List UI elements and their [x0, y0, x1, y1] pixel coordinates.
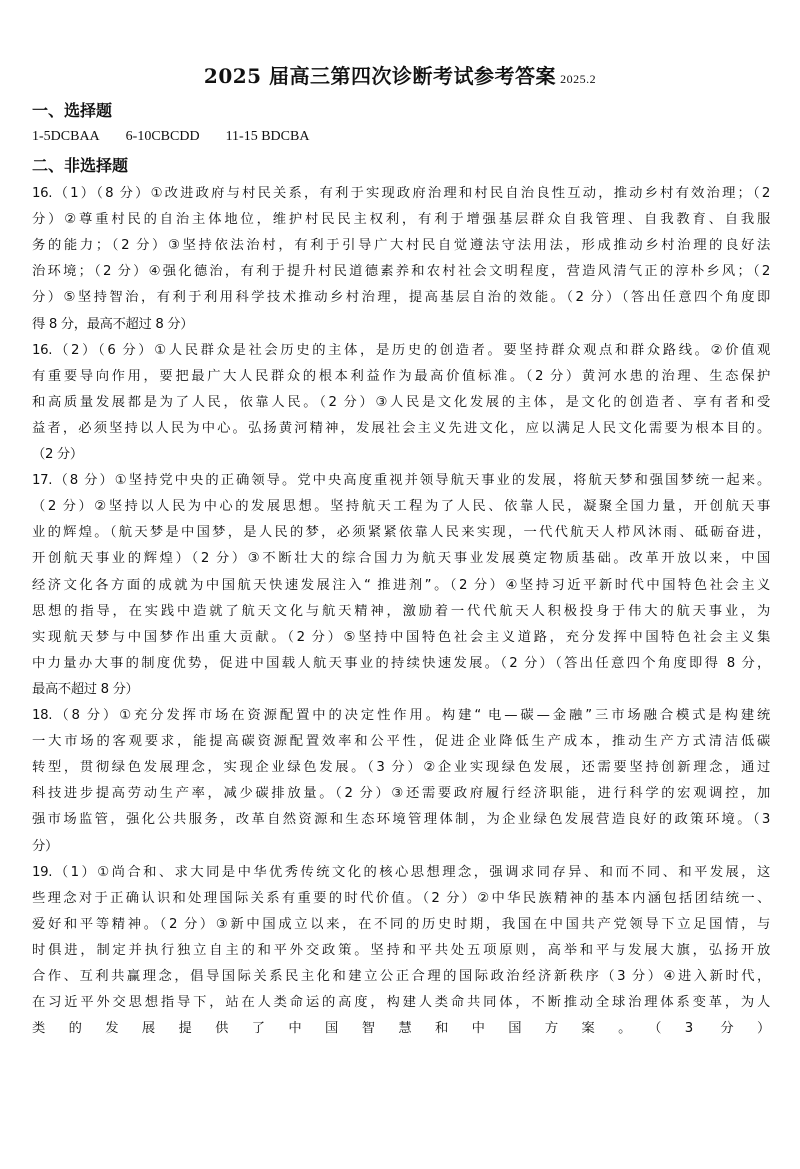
answer-line: 分） [32, 834, 770, 860]
answer-line: 些理念对于正确认识和处理国际关系有重要的时代价值。（2 分）②中华民族精神的基本… [32, 886, 770, 912]
answers-11-15: 11-15 BDCBA [226, 129, 310, 144]
choice-answers: 1-5DCBAA6-10CBCDD11-15 BDCBA [32, 129, 335, 145]
answer-line: 最高不超过 8 分） [32, 677, 770, 703]
answer-line: 在习近平外交思想指导下，站在人类命运的高度，构建人类命共同体，不断推动全球治理体… [32, 990, 770, 1016]
answer-line: 分）⑤坚持智治，有利于利用科学技术推动乡村治理，提高基层自治的效能。（2 分）（… [32, 285, 770, 311]
answers-1-5: 1-5DCBAA [32, 129, 100, 144]
answer-line: 19.（1）①尚合和、求大同是中华优秀传统文化的核心思想理念，强调求同存异、和而… [32, 860, 770, 886]
answer-line: 科技进步提高劳动生产率，减少碳排放量。（2 分）③还需要政府履行经济职能，进行科… [32, 781, 770, 807]
page-title: 2025 届高三第四次诊断考试参考答案2025.2 [0, 60, 800, 89]
answer-line: 转型，贯彻绿色发展理念，实现企业绿色发展。（3 分）②企业实现绿色发展，还需要坚… [32, 755, 770, 781]
section-heading-choice: 一、选择题 [32, 98, 112, 121]
answer-line: 思想的指导，在实践中造就了航天文化与航天精神，激励着一代代航天人积极投身于伟大的… [32, 599, 770, 625]
answer-line: 业的辉煌。（航天梦是中国梦，是人民的梦，必须紧紧依靠人民来实现，一代代航天人栉风… [32, 520, 770, 546]
answer-line: 中力量办大事的制度优势，促进中国载人航天事业的持续快速发展。（2 分）（答出任意… [32, 651, 770, 677]
answer-line: 实现航天梦与中国梦作出重大贡献。（2 分）⑤坚持中国特色社会主义道路，充分发挥中… [32, 625, 770, 651]
answer-key-page: 2025 届高三第四次诊断考试参考答案2025.2 一、选择题 1-5DCBAA… [0, 0, 800, 1169]
answer-line: 类的发展提供了中国智慧和中国方案。（3 分） [32, 1016, 770, 1042]
answer-line: 18.（8 分）①充分发挥市场在资源配置中的决定性作用。构建“ 电—碳—金融”三… [32, 703, 770, 729]
answer-line: 和高质量发展都是为了人民，依靠人民。（2 分）③人民是文化发展的主体，是文化的创… [32, 390, 770, 416]
answer-line: （2 分）②坚持以人民为中心的发展思想。坚持航天工程为了人民、依靠人民，凝聚全国… [32, 494, 770, 520]
answer-line: 开创航天事业的辉煌）（2 分）③不断壮大的综合国力为航天事业发展奠定物质基础。改… [32, 546, 770, 572]
answer-line: 经济文化各方面的成就为中国航天快速发展注入“ 推进剂”。（2 分）④坚持习近平新… [32, 573, 770, 599]
answer-line: 得 8 分，最高不超过 8 分） [32, 312, 770, 338]
answer-line: 一大市场的客观要求，能提高碳资源配置效率和公平性，促进企业降低生产成本，推动生产… [32, 729, 770, 755]
answer-line: 16.（1）（8 分）①改进政府与村民关系，有利于实现政府治理和村民自治良性互动… [32, 181, 770, 207]
answer-line: 合作、互利共赢理念，倡导国际关系民主化和建立公正合理的国际政治经济新秩序（3 分… [32, 964, 770, 990]
answer-line: 时俱进，制定并执行独立自主的和平外交政策。坚持和平共处五项原则，高举和平与发展大… [32, 938, 770, 964]
answer-line: 强市场监管，强化公共服务，改革自然资源和生态环境管理体制，为企业绿色发展营造良好… [32, 807, 770, 833]
section-heading-nonchoice: 二、非选择题 [32, 153, 128, 176]
title-date: 2025.2 [560, 72, 596, 86]
answer-line: 益者，必须坚持以人民为中心。弘扬黄河精神，发展社会主义先进文化，应以满足人民文化… [32, 416, 770, 442]
answer-line: 治环境；（2 分）④强化德治，有利于提升村民道德素养和农村社会文明程度，营造风清… [32, 259, 770, 285]
answer-line: （2 分） [32, 442, 770, 468]
answers-6-10: 6-10CBCDD [126, 129, 200, 144]
title-text: 2025 届高三第四次诊断考试参考答案 [204, 64, 556, 88]
answer-line: 有重要导向作用，要把最广大人民群众的根本利益作为最高价值标准。（2 分）黄河水患… [32, 364, 770, 390]
answer-line: 爱好和平等精神。（2 分）③新中国成立以来，在不同的历史时期，我国在中国共产党领… [32, 912, 770, 938]
answer-line: 16.（2）（6 分）①人民群众是社会历史的主体，是历史的创造者。要坚持群众观点… [32, 338, 770, 364]
answer-line: 分）②尊重村民的自治主体地位，维护村民民主权利，有利于增强基层群众自我管理、自我… [32, 207, 770, 233]
answer-line: 17.（8 分）①坚持党中央的正确领导。党中央高度重视并领导航天事业的发展，将航… [32, 468, 770, 494]
answer-line: 务的能力；（2 分）③坚持依法治村，有利于引导广大村民自觉遵法守法用法，形成推动… [32, 233, 770, 259]
